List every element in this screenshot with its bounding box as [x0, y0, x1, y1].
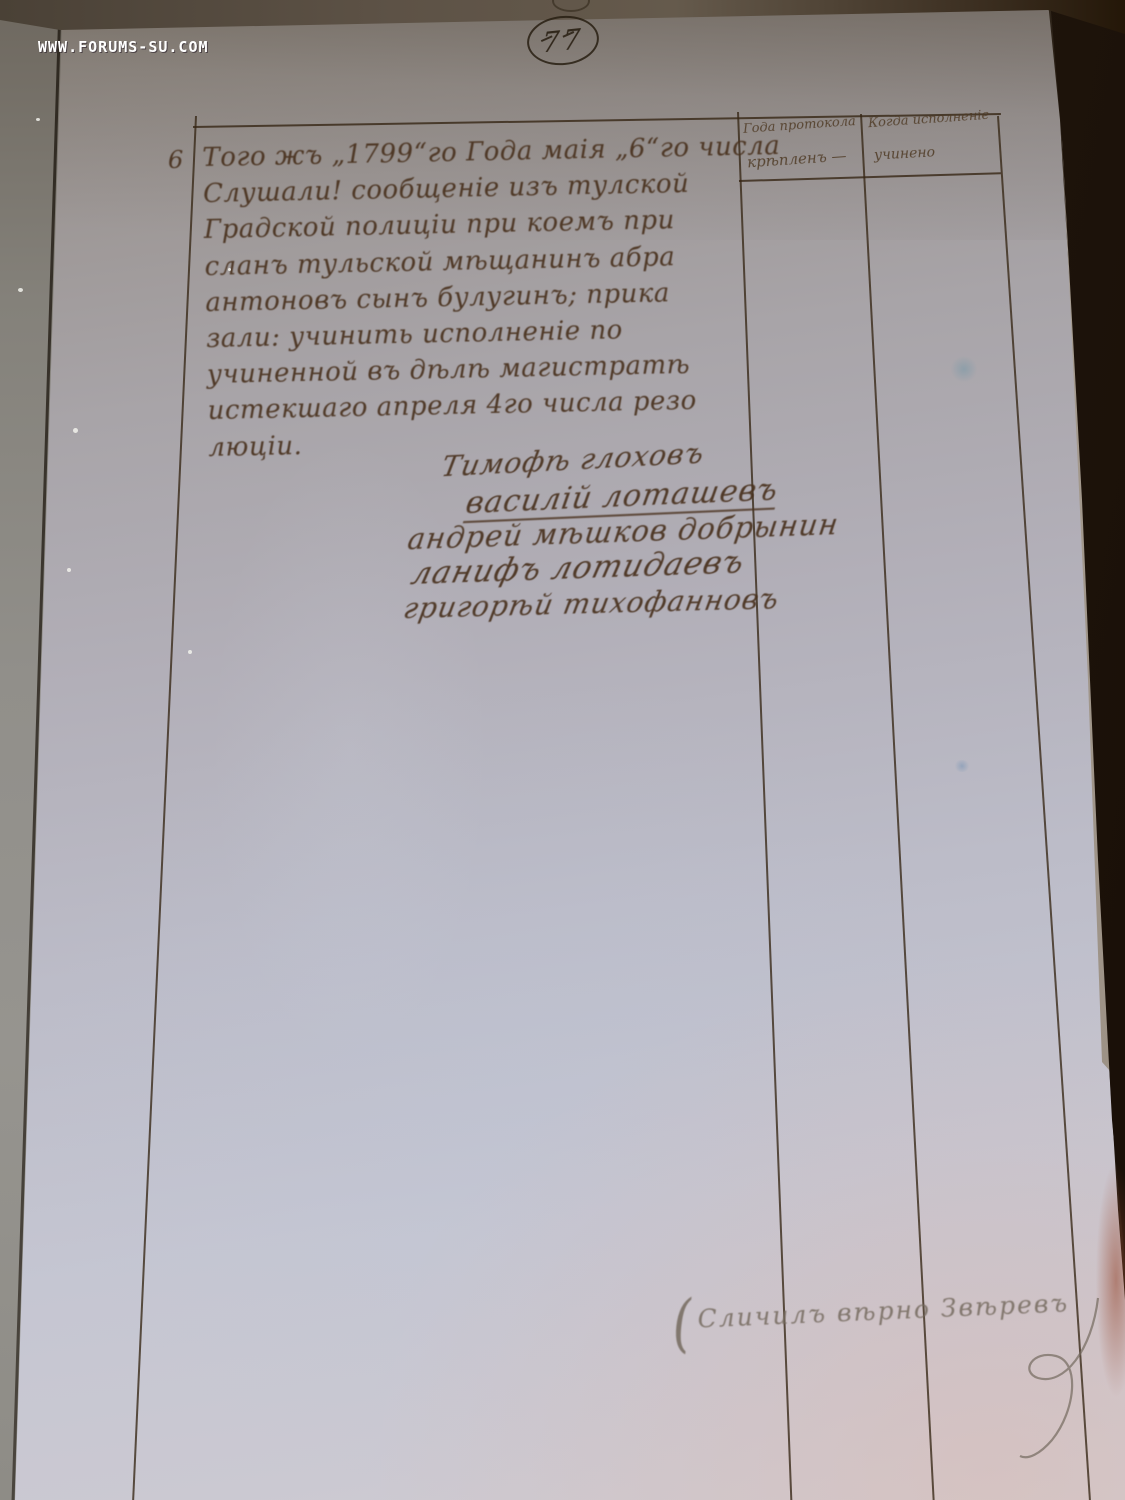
ink-stain — [950, 356, 978, 382]
header-col2-line2: учинено — [874, 144, 936, 163]
dust-speck — [67, 568, 71, 572]
ink-stain — [954, 760, 970, 772]
protocol-text: Того жъ „1799“го Года маія „6“го числа С… — [202, 128, 774, 466]
dust-speck — [36, 118, 40, 121]
pencil-paren: ( — [672, 1310, 695, 1336]
archive-photo: 77 WWW.FORUMS-SU.COM Года протокола крѣп… — [0, 0, 1125, 1500]
page-number: 77 — [542, 22, 585, 60]
pencil-flourish — [980, 1290, 1120, 1480]
entry-number: 6 — [168, 146, 183, 174]
dust-speck — [228, 268, 231, 271]
watermark-text: WWW.FORUMS-SU.COM — [38, 38, 209, 56]
dust-speck — [188, 650, 192, 654]
dust-speck — [18, 288, 23, 292]
dust-speck — [73, 428, 78, 433]
